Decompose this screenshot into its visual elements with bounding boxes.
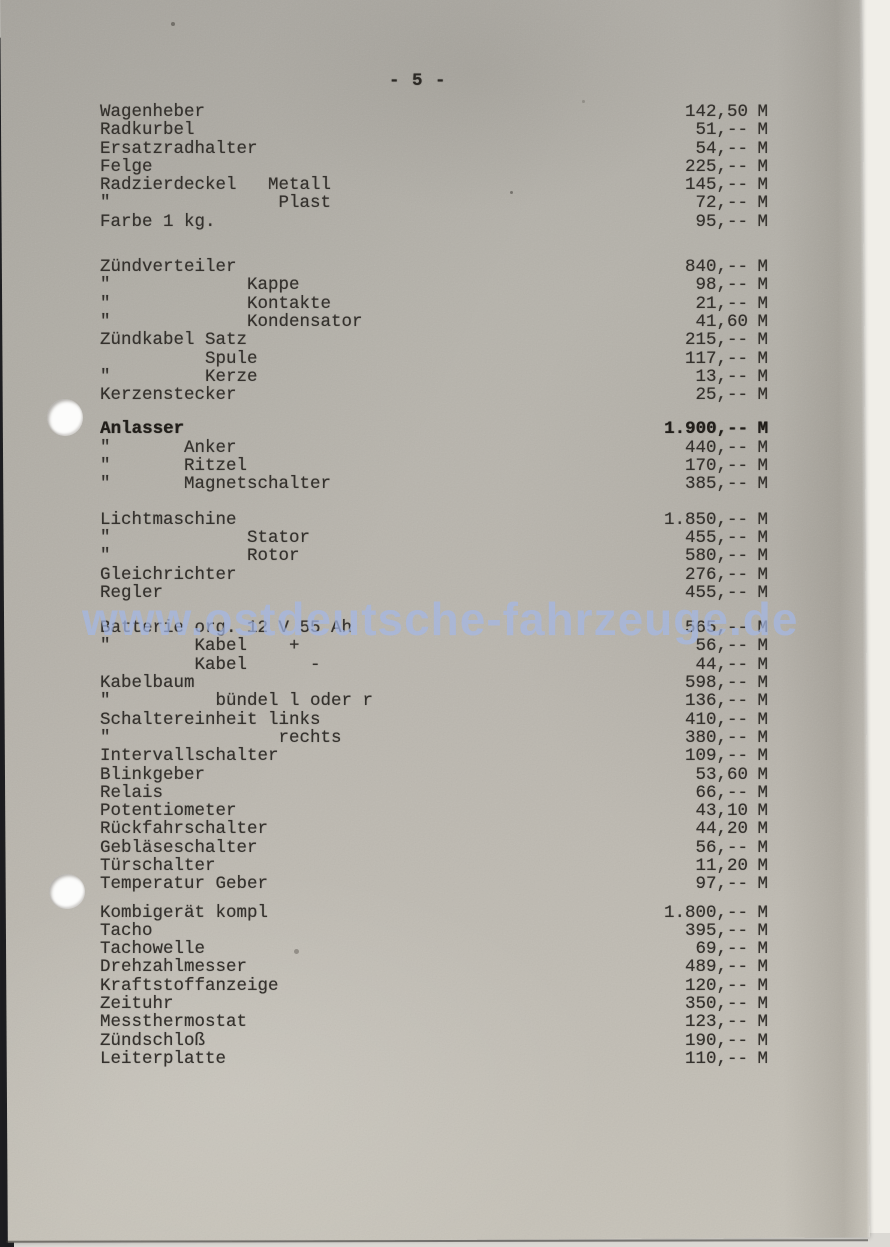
item-price: 565,--	[658, 619, 748, 637]
item-price: 598,--	[658, 674, 748, 692]
item-label: Regler	[100, 584, 658, 602]
table-row: " Kerze13,--M	[100, 368, 768, 386]
table-row: Radkurbel51,--M	[100, 121, 768, 139]
table-row: Tacho395,--M	[100, 922, 768, 940]
item-label: Kabelbaum	[100, 674, 658, 692]
item-price: 44,--	[658, 656, 748, 674]
item-price: 440,--	[658, 439, 748, 457]
item-price: 53,60	[658, 766, 748, 784]
price-section: Lichtmaschine1.850,--M" Stator455,--M" R…	[100, 511, 768, 602]
table-row: Gebläseschalter56,--M	[100, 839, 768, 857]
table-row: Kerzenstecker25,--M	[100, 386, 768, 404]
item-price: 395,--	[658, 922, 748, 940]
page-number: - 5 -	[389, 71, 447, 91]
table-row: Batterie org. 12 V 55 Ah565,--M	[100, 619, 768, 637]
item-label: Messthermostat	[100, 1013, 658, 1031]
currency-unit: M	[748, 566, 768, 584]
punch-hole-bottom	[49, 874, 85, 909]
item-label: Radkurbel	[100, 121, 658, 139]
table-row: " Anker440,--M	[100, 439, 768, 457]
item-price: 276,--	[658, 566, 748, 584]
table-row: " Magnetschalter385,--M	[100, 475, 768, 493]
item-label: Felge	[100, 158, 658, 176]
item-price: 580,--	[658, 547, 748, 565]
currency-unit: M	[748, 995, 768, 1013]
item-price: 69,--	[658, 940, 748, 958]
item-label: Spule	[100, 350, 658, 368]
item-price: 13,--	[658, 368, 748, 386]
table-row: " Rotor580,--M	[100, 547, 768, 565]
currency-unit: M	[748, 547, 768, 565]
currency-unit: M	[748, 904, 768, 922]
item-price: 72,--	[658, 194, 748, 212]
currency-unit: M	[748, 276, 768, 294]
price-section: Kombigerät kompl1.800,--MTacho395,--MTac…	[100, 904, 768, 1069]
currency-unit: M	[748, 940, 768, 958]
currency-unit: M	[748, 747, 768, 765]
table-row: Kraftstoffanzeige120,--M	[100, 977, 768, 995]
item-label: Batterie org. 12 V 55 Ah	[100, 619, 658, 637]
table-row: " Kondensator41,60M	[100, 313, 768, 331]
currency-unit: M	[748, 637, 768, 655]
table-row: Wagenheber142,50M	[100, 103, 768, 121]
table-row: Rückfahrschalter44,20M	[100, 820, 768, 838]
table-row: Türschalter11,20M	[100, 857, 768, 875]
currency-unit: M	[748, 295, 768, 313]
item-label: " rechts	[100, 729, 658, 747]
table-row: Intervallschalter109,--M	[100, 747, 768, 765]
currency-unit: M	[748, 958, 768, 976]
item-price: 123,--	[658, 1013, 748, 1031]
item-price: 95,--	[658, 213, 748, 231]
table-row: Zündverteiler840,--M	[100, 258, 768, 276]
item-price: 136,--	[658, 692, 748, 710]
item-price: 51,--	[658, 121, 748, 139]
currency-unit: M	[748, 784, 768, 802]
currency-unit: M	[748, 619, 768, 637]
item-price: 44,20	[658, 820, 748, 838]
currency-unit: M	[748, 1050, 768, 1068]
table-row: Blinkgeber53,60M	[100, 766, 768, 784]
item-label: Leiterplatte	[100, 1050, 658, 1068]
item-label: " Kondensator	[100, 313, 658, 331]
item-price: 455,--	[658, 529, 748, 547]
table-row: " Plast72,--M	[100, 194, 768, 212]
price-section: Batterie org. 12 V 55 Ah565,--M" Kabel +…	[100, 619, 768, 893]
item-label: " Kabel +	[100, 637, 658, 655]
item-label: Ersatzradhalter	[100, 140, 658, 158]
currency-unit: M	[748, 176, 768, 194]
item-label: " Plast	[100, 194, 658, 212]
table-row: " Kabel +56,--M	[100, 637, 768, 655]
table-row: Ersatzradhalter54,--M	[100, 140, 768, 158]
item-label: " Kappe	[100, 276, 658, 294]
item-label: Gleichrichter	[100, 566, 658, 584]
item-price: 1.800,--	[658, 904, 748, 922]
item-price: 117,--	[658, 350, 748, 368]
currency-unit: M	[748, 802, 768, 820]
table-row: " Kontakte21,--M	[100, 295, 768, 313]
item-label: Kerzenstecker	[100, 386, 658, 404]
price-section: Zündverteiler840,--M" Kappe98,--M" Konta…	[100, 258, 768, 404]
item-price: 1.900,--	[658, 420, 748, 438]
item-price: 215,--	[658, 331, 748, 349]
currency-unit: M	[748, 313, 768, 331]
item-label: Anlasser	[100, 420, 658, 438]
currency-unit: M	[748, 350, 768, 368]
item-price: 21,--	[658, 295, 748, 313]
currency-unit: M	[748, 158, 768, 176]
item-label: " Magnetschalter	[100, 475, 658, 493]
currency-unit: M	[748, 529, 768, 547]
table-row: " Ritzel170,--M	[100, 457, 768, 475]
item-label: Tachowelle	[100, 940, 658, 958]
table-row: Radzierdeckel Metall145,--M	[100, 176, 768, 194]
currency-unit: M	[748, 457, 768, 475]
item-price: 66,--	[658, 784, 748, 802]
currency-unit: M	[748, 857, 768, 875]
item-label: Blinkgeber	[100, 766, 658, 784]
item-price: 385,--	[658, 475, 748, 493]
table-row: Leiterplatte110,--M	[100, 1050, 768, 1068]
table-row: Tachowelle69,--M	[100, 940, 768, 958]
currency-unit: M	[748, 475, 768, 493]
currency-unit: M	[748, 692, 768, 710]
item-price: 54,--	[658, 140, 748, 158]
currency-unit: M	[748, 766, 768, 784]
table-row: " bündel l oder r136,--M	[100, 692, 768, 710]
item-price: 380,--	[658, 729, 748, 747]
item-label: Kraftstoffanzeige	[100, 977, 658, 995]
currency-unit: M	[748, 439, 768, 457]
item-price: 455,--	[658, 584, 748, 602]
item-label: " Kontakte	[100, 295, 658, 313]
table-row: Zeituhr350,--M	[100, 995, 768, 1013]
currency-unit: M	[748, 420, 768, 438]
item-price: 225,--	[658, 158, 748, 176]
item-label: Zündkabel Satz	[100, 331, 658, 349]
item-label: Drehzahlmesser	[100, 958, 658, 976]
table-row: Kabel -44,--M	[100, 656, 768, 674]
item-price: 11,20	[658, 857, 748, 875]
item-price: 109,--	[658, 747, 748, 765]
item-label: Schaltereinheit links	[100, 711, 658, 729]
item-label: Türschalter	[100, 857, 658, 875]
item-price: 190,--	[658, 1032, 748, 1050]
item-label: Rückfahrschalter	[100, 820, 658, 838]
currency-unit: M	[748, 584, 768, 602]
table-row: Anlasser1.900,--M	[100, 420, 768, 438]
table-row: Drehzahlmesser489,--M	[100, 958, 768, 976]
table-row: Lichtmaschine1.850,--M	[100, 511, 768, 529]
table-row: " Kappe98,--M	[100, 276, 768, 294]
currency-unit: M	[748, 711, 768, 729]
item-label: Farbe 1 kg.	[100, 213, 658, 231]
table-row: Relais66,--M	[100, 784, 768, 802]
currency-unit: M	[748, 839, 768, 857]
currency-unit: M	[748, 103, 768, 121]
table-row: " rechts380,--M	[100, 729, 768, 747]
item-label: Radzierdeckel Metall	[100, 176, 658, 194]
punch-hole-top	[47, 399, 83, 436]
item-label: Lichtmaschine	[100, 511, 658, 529]
currency-unit: M	[748, 1032, 768, 1050]
currency-unit: M	[748, 922, 768, 940]
item-label: Potentiometer	[100, 802, 658, 820]
item-label: Zündverteiler	[100, 258, 658, 276]
table-row: Felge225,--M	[100, 158, 768, 176]
table-row: Zündkabel Satz215,--M	[100, 331, 768, 349]
item-price: 489,--	[658, 958, 748, 976]
item-label: Wagenheber	[100, 103, 658, 121]
item-label: Kabel -	[100, 656, 658, 674]
item-price: 41,60	[658, 313, 748, 331]
table-row: Farbe 1 kg.95,--M	[100, 213, 768, 231]
currency-unit: M	[748, 121, 768, 139]
item-label: " Ritzel	[100, 457, 658, 475]
item-price: 410,--	[658, 711, 748, 729]
item-price: 110,--	[658, 1050, 748, 1068]
table-row: Kabelbaum598,--M	[100, 674, 768, 692]
currency-unit: M	[748, 140, 768, 158]
item-label: " Anker	[100, 439, 658, 457]
item-label: Kombigerät kompl	[100, 904, 658, 922]
dirt-speck	[171, 22, 175, 26]
currency-unit: M	[748, 674, 768, 692]
table-row: Spule117,--M	[100, 350, 768, 368]
item-label: " Rotor	[100, 547, 658, 565]
item-price: 840,--	[658, 258, 748, 276]
item-price: 56,--	[658, 839, 748, 857]
item-price: 56,--	[658, 637, 748, 655]
item-price: 350,--	[658, 995, 748, 1013]
currency-unit: M	[748, 511, 768, 529]
table-row: Zündschloß190,--M	[100, 1032, 768, 1050]
currency-unit: M	[748, 368, 768, 386]
currency-unit: M	[748, 977, 768, 995]
currency-unit: M	[748, 656, 768, 674]
item-label: Temperatur Geber	[100, 875, 658, 893]
item-label: Relais	[100, 784, 658, 802]
table-row: " Stator455,--M	[100, 529, 768, 547]
item-price: 43,10	[658, 802, 748, 820]
currency-unit: M	[748, 820, 768, 838]
item-price: 98,--	[658, 276, 748, 294]
currency-unit: M	[748, 1013, 768, 1031]
table-row: Potentiometer43,10M	[100, 802, 768, 820]
table-row: Temperatur Geber97,--M	[100, 875, 768, 893]
item-label: " Stator	[100, 529, 658, 547]
item-price: 145,--	[658, 176, 748, 194]
price-section: Wagenheber142,50MRadkurbel51,--MErsatzra…	[100, 103, 768, 231]
item-price: 25,--	[658, 386, 748, 404]
currency-unit: M	[748, 729, 768, 747]
item-label: Zündschloß	[100, 1032, 658, 1050]
table-row: Kombigerät kompl1.800,--M	[100, 904, 768, 922]
table-row: Regler455,--M	[100, 584, 768, 602]
item-price: 97,--	[658, 875, 748, 893]
scanned-document: - 5 - Wagenheber142,50MRadkurbel51,--MEr…	[0, 0, 890, 1247]
table-row: Gleichrichter276,--M	[100, 566, 768, 584]
table-row: Schaltereinheit links410,--M	[100, 711, 768, 729]
item-label: " Kerze	[100, 368, 658, 386]
item-price: 1.850,--	[658, 511, 748, 529]
item-price: 120,--	[658, 977, 748, 995]
price-list: Wagenheber142,50MRadkurbel51,--MErsatzra…	[100, 103, 768, 1068]
price-section: Anlasser1.900,--M" Anker440,--M" Ritzel1…	[100, 420, 768, 493]
table-row: Messthermostat123,--M	[100, 1013, 768, 1031]
currency-unit: M	[748, 331, 768, 349]
currency-unit: M	[748, 386, 768, 404]
item-price: 142,50	[658, 103, 748, 121]
currency-unit: M	[748, 213, 768, 231]
item-label: " bündel l oder r	[100, 692, 658, 710]
item-price: 170,--	[658, 457, 748, 475]
item-label: Tacho	[100, 922, 658, 940]
item-label: Gebläseschalter	[100, 839, 658, 857]
item-label: Intervallschalter	[100, 747, 658, 765]
currency-unit: M	[748, 875, 768, 893]
currency-unit: M	[748, 194, 768, 212]
item-label: Zeituhr	[100, 995, 658, 1013]
currency-unit: M	[748, 258, 768, 276]
